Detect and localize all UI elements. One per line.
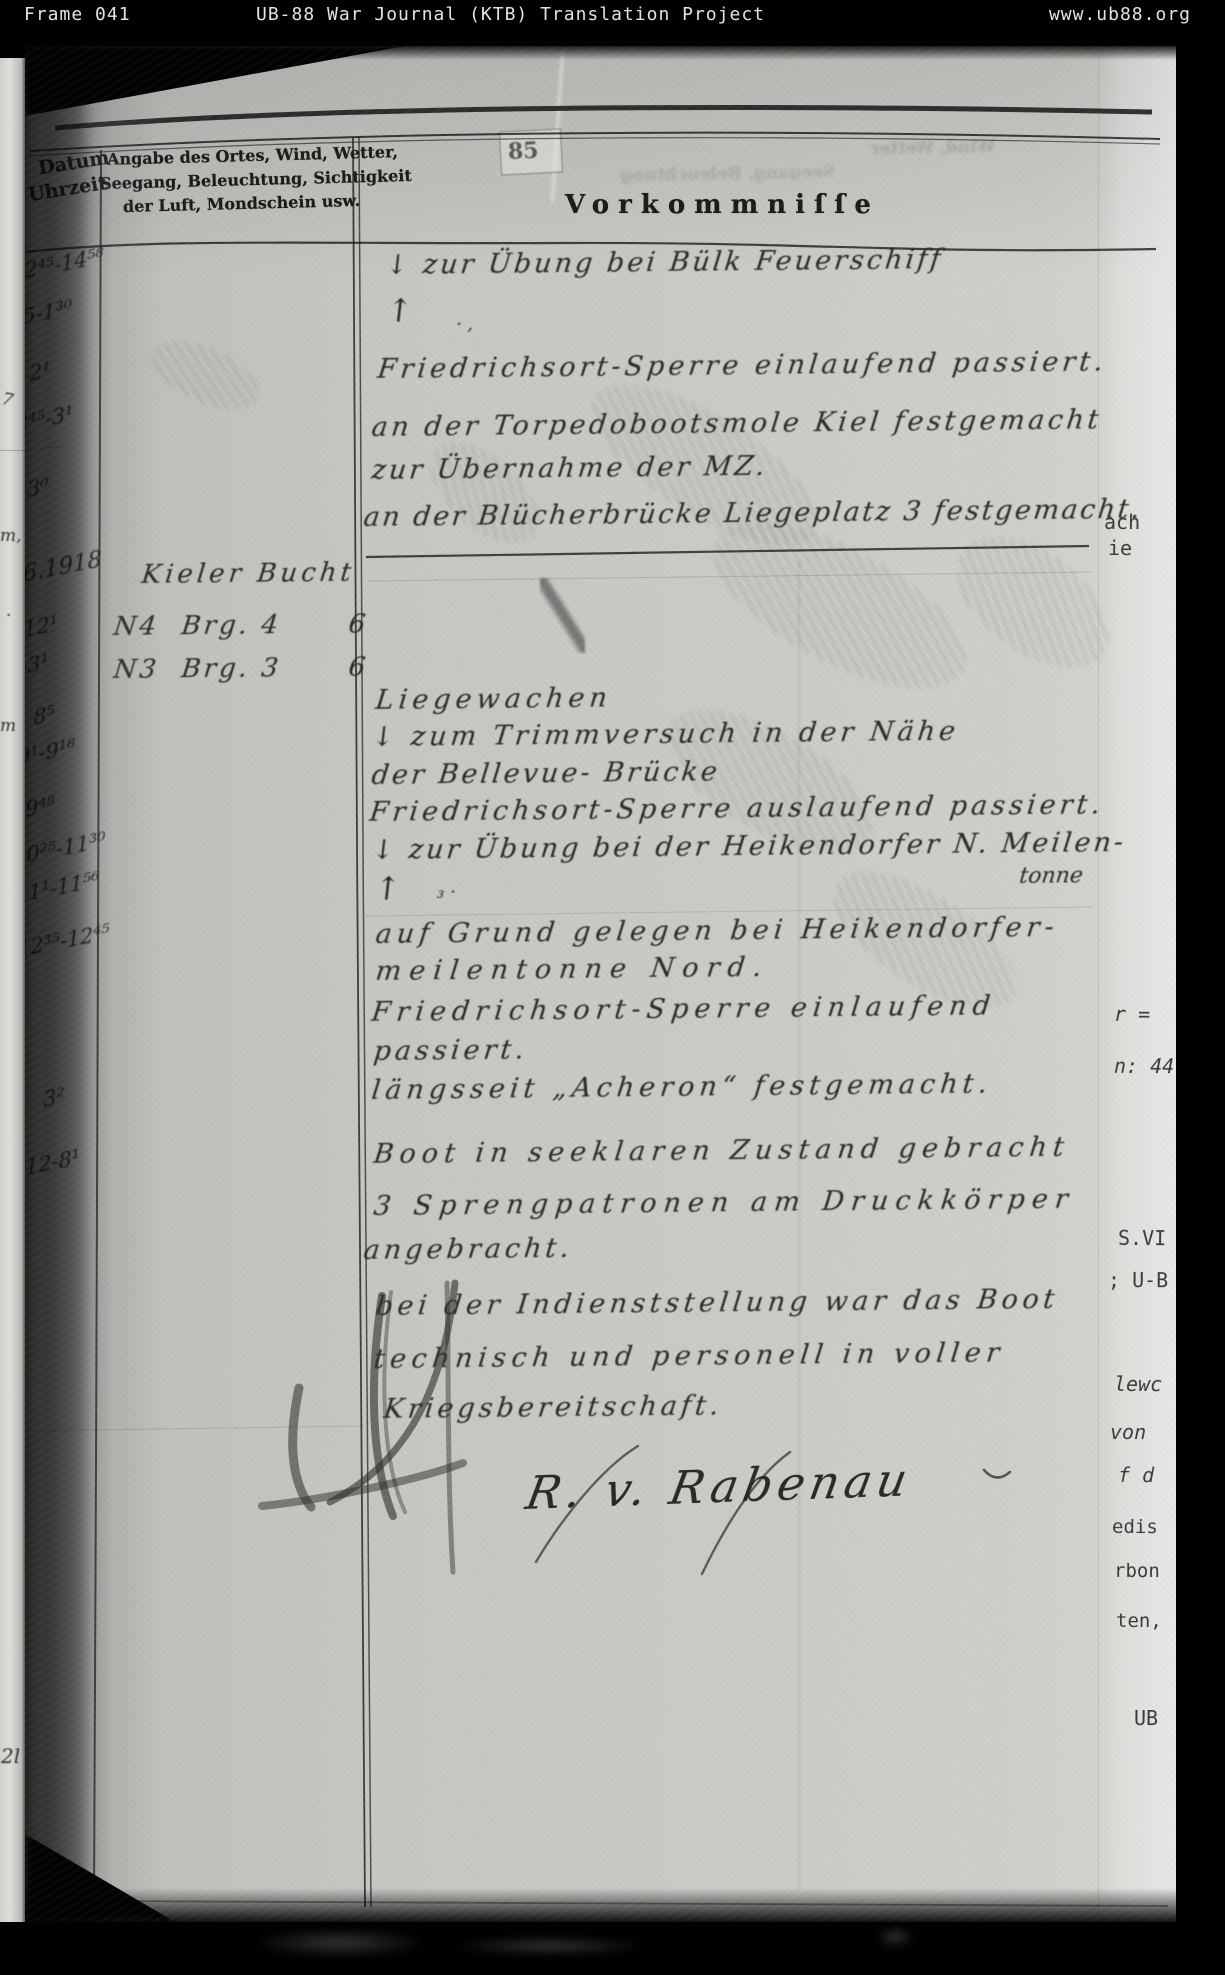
film-artifact [875, 1926, 915, 1948]
handwriting-fragment: m‚ [0, 526, 22, 546]
frame-label: Frame 041 [24, 4, 131, 25]
handwriting-fragment: 7 [0, 389, 15, 411]
handwriting-fragment: 2l [1, 1744, 20, 1768]
handwriting-fragment: m [0, 716, 16, 736]
handwriting-fragment: · [6, 606, 11, 626]
pencil-scribble-mark [25, 46, 1176, 1922]
film-artifact [450, 1936, 650, 1956]
project-title: UB-88 War Journal (KTB) Translation Proj… [256, 4, 765, 25]
edge-rule-line [0, 450, 25, 451]
film-artifact [250, 1928, 430, 1958]
journal-page-scan: Seegang, Beleuchtung Wind, Wetter 85 [25, 46, 1176, 1922]
site-url: www.ub88.org [1049, 4, 1191, 25]
overlay-header-bar: Frame 041 UB-88 War Journal (KTB) Transl… [0, 0, 1225, 32]
facing-page-edge-left: 7 m‚ · m 2l [0, 58, 25, 1922]
scanned-film-frame: Frame 041 UB-88 War Journal (KTB) Transl… [0, 0, 1225, 1975]
